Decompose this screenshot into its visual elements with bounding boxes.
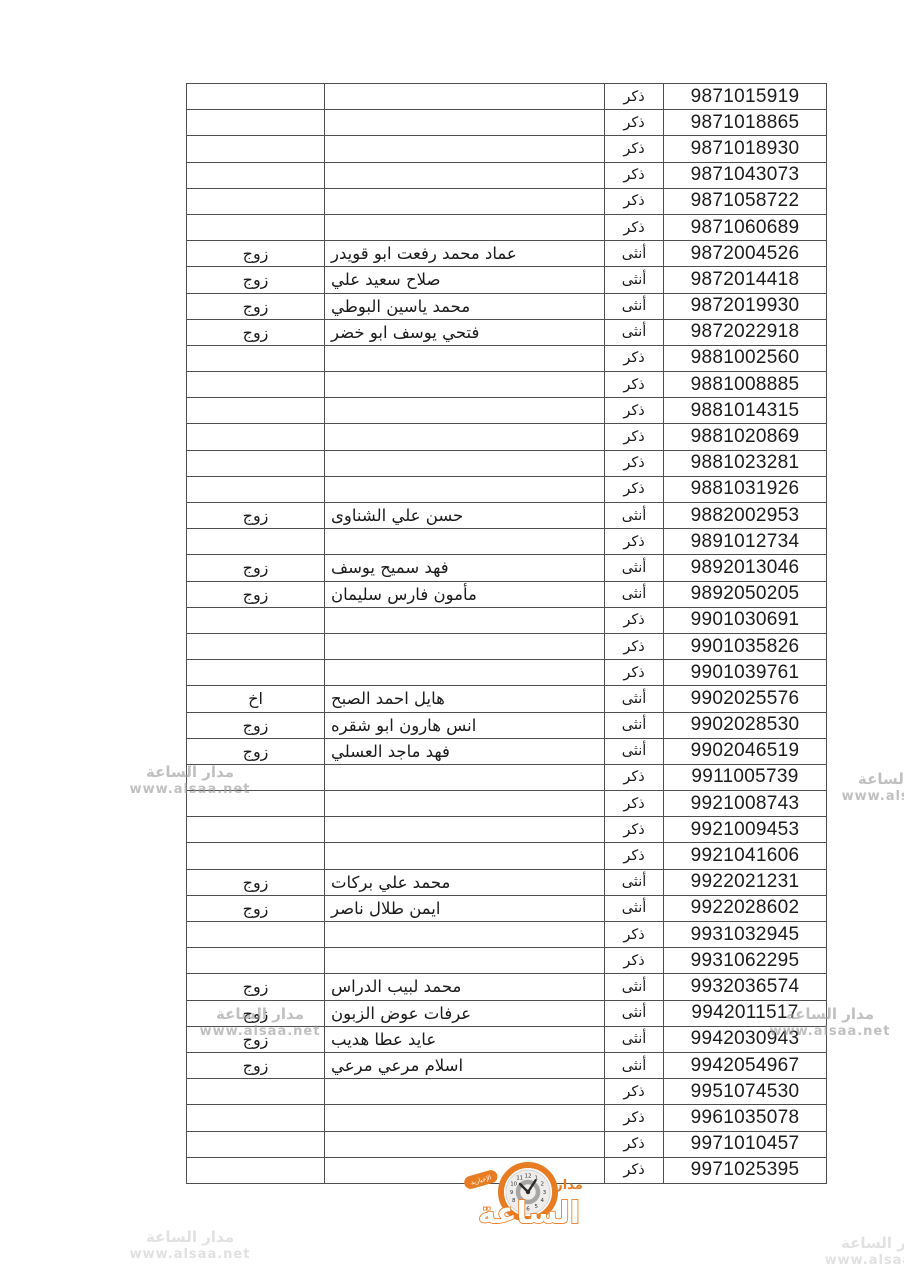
cell-name xyxy=(325,163,604,188)
cell-id-number: 9892013046 xyxy=(664,555,826,580)
scanned-document-page: { "table": { "rows": [ {"relationship":"… xyxy=(0,0,904,1280)
cell-relationship: زوج xyxy=(187,1053,324,1078)
cell-relationship: زوج xyxy=(187,713,324,738)
cell-name xyxy=(325,529,604,554)
svg-text:9: 9 xyxy=(510,1190,514,1196)
cell-gender: أنثى xyxy=(605,1053,663,1078)
cell-gender: أنثى xyxy=(605,1027,663,1052)
cell-id-number: 9911005739 xyxy=(664,765,826,790)
cell-gender: ذكر xyxy=(605,424,663,449)
cell-relationship: زوج xyxy=(187,320,324,345)
cell-name xyxy=(325,948,604,973)
cell-relationship xyxy=(187,791,324,816)
svg-text:2: 2 xyxy=(541,1182,545,1188)
cell-relationship: زوج xyxy=(187,241,324,266)
cell-name: حسن علي الشناوى xyxy=(325,503,604,528)
cell-relationship xyxy=(187,948,324,973)
cell-relationship xyxy=(187,110,324,135)
cell-id-number: 9902046519 xyxy=(664,739,826,764)
cell-id-number: 9901035826 xyxy=(664,634,826,659)
cell-name: فهد ماجد العسلي xyxy=(325,739,604,764)
cell-relationship: زوج xyxy=(187,503,324,528)
cell-name xyxy=(325,634,604,659)
cell-relationship xyxy=(187,398,324,423)
cell-relationship: زوج xyxy=(187,555,324,580)
cell-gender: ذكر xyxy=(605,398,663,423)
cell-id-number: 9881014315 xyxy=(664,398,826,423)
cell-name: محمد ياسين البوطي xyxy=(325,294,604,319)
cell-name xyxy=(325,346,604,371)
svg-text:11: 11 xyxy=(516,1176,523,1182)
logo-badge: الإخبارية xyxy=(463,1169,499,1191)
watermark-url: www.alsaa.net xyxy=(100,1247,280,1263)
cell-gender: أنثى xyxy=(605,896,663,921)
cell-id-number: 9871018930 xyxy=(664,136,826,161)
cell-gender: ذكر xyxy=(605,136,663,161)
cell-gender: أنثى xyxy=(605,739,663,764)
cell-name xyxy=(325,477,604,502)
cell-gender: ذكر xyxy=(605,660,663,685)
cell-name: محمد لبيب الدراس xyxy=(325,974,604,999)
cell-relationship xyxy=(187,84,324,109)
watermark: مدار الساعة www.alsaa.net xyxy=(100,1228,280,1263)
cell-relationship: زوج xyxy=(187,974,324,999)
cell-id-number: 9872004526 xyxy=(664,241,826,266)
cell-id-number: 9891012734 xyxy=(664,529,826,554)
cell-id-number: 9942011517 xyxy=(664,1001,826,1026)
cell-name xyxy=(325,791,604,816)
cell-relationship xyxy=(187,477,324,502)
watermark-brand: مدار الساعة xyxy=(795,1234,904,1253)
cell-id-number: 9942030943 xyxy=(664,1027,826,1052)
cell-gender: أنثى xyxy=(605,870,663,895)
cell-relationship: زوج xyxy=(187,870,324,895)
cell-relationship xyxy=(187,1105,324,1130)
cell-relationship: زوج xyxy=(187,1001,324,1026)
cell-relationship xyxy=(187,1079,324,1104)
cell-gender: ذكر xyxy=(605,1105,663,1130)
cell-id-number: 9871060689 xyxy=(664,215,826,240)
cell-gender: ذكر xyxy=(605,765,663,790)
cell-relationship xyxy=(187,765,324,790)
cell-name xyxy=(325,922,604,947)
cell-id-number: 9881031926 xyxy=(664,477,826,502)
cell-id-number: 9921041606 xyxy=(664,843,826,868)
cell-name: مأمون فارس سليمان xyxy=(325,582,604,607)
cell-name xyxy=(325,451,604,476)
cell-id-number: 9871058722 xyxy=(664,189,826,214)
cell-id-number: 9881020869 xyxy=(664,424,826,449)
cell-name: عرفات عوض الزبون xyxy=(325,1001,604,1026)
cell-relationship: زوج xyxy=(187,1027,324,1052)
cell-gender: ذكر xyxy=(605,817,663,842)
cell-name: ايمن طلال ناصر xyxy=(325,896,604,921)
cell-id-number: 9901030691 xyxy=(664,608,826,633)
cell-name xyxy=(325,1105,604,1130)
cell-relationship xyxy=(187,1158,324,1183)
cell-relationship: زوج xyxy=(187,739,324,764)
cell-gender: ذكر xyxy=(605,451,663,476)
cell-name xyxy=(325,136,604,161)
logo-word-madar: مدار xyxy=(554,1178,583,1193)
cell-gender: أنثى xyxy=(605,713,663,738)
cell-id-number: 9882002953 xyxy=(664,503,826,528)
cell-relationship xyxy=(187,660,324,685)
cell-id-number: 9892050205 xyxy=(664,582,826,607)
cell-id-number: 9871018865 xyxy=(664,110,826,135)
cell-gender: أنثى xyxy=(605,267,663,292)
cell-name: اسلام مرعي مرعي xyxy=(325,1053,604,1078)
svg-text:3: 3 xyxy=(543,1190,547,1196)
cell-relationship xyxy=(187,136,324,161)
cell-id-number: 9872022918 xyxy=(664,320,826,345)
watermark-url: www.alsaa.net xyxy=(795,1253,904,1269)
cell-name: هايل احمد الصبح xyxy=(325,686,604,711)
cell-name xyxy=(325,817,604,842)
cell-name: عماد محمد رفعت ابو قويدر xyxy=(325,241,604,266)
cell-gender: أنثى xyxy=(605,503,663,528)
cell-name xyxy=(325,398,604,423)
cell-gender: ذكر xyxy=(605,791,663,816)
cell-name xyxy=(325,372,604,397)
cell-gender: أنثى xyxy=(605,555,663,580)
cell-id-number: 9871043073 xyxy=(664,163,826,188)
cell-name xyxy=(325,215,604,240)
cell-relationship xyxy=(187,346,324,371)
cell-name xyxy=(325,765,604,790)
cell-gender: ذكر xyxy=(605,948,663,973)
cell-id-number: 9921009453 xyxy=(664,817,826,842)
cell-relationship: اخ xyxy=(187,686,324,711)
cell-relationship xyxy=(187,608,324,633)
cell-id-number: 9922021231 xyxy=(664,870,826,895)
cell-relationship xyxy=(187,451,324,476)
cell-name: صلاح سعيد علي xyxy=(325,267,604,292)
cell-relationship xyxy=(187,163,324,188)
cell-relationship xyxy=(187,817,324,842)
cell-relationship xyxy=(187,424,324,449)
cell-relationship: زوج xyxy=(187,294,324,319)
cell-relationship xyxy=(187,843,324,868)
cell-id-number: 9902028530 xyxy=(664,713,826,738)
cell-name xyxy=(325,660,604,685)
cell-id-number: 9872014418 xyxy=(664,267,826,292)
cell-id-number: 9971010457 xyxy=(664,1132,826,1157)
cell-gender: أنثى xyxy=(605,974,663,999)
cell-name xyxy=(325,424,604,449)
watermark-brand: مدار الساعة xyxy=(100,1228,280,1247)
cell-id-number: 9881008885 xyxy=(664,372,826,397)
cell-id-number: 9881023281 xyxy=(664,451,826,476)
cell-id-number: 9951074530 xyxy=(664,1079,826,1104)
cell-gender: ذكر xyxy=(605,529,663,554)
svg-text:10: 10 xyxy=(510,1182,517,1188)
cell-gender: ذكر xyxy=(605,189,663,214)
cell-gender: ذكر xyxy=(605,1079,663,1104)
cell-gender: أنثى xyxy=(605,1001,663,1026)
cell-id-number: 9901039761 xyxy=(664,660,826,685)
cell-id-number: 9922028602 xyxy=(664,896,826,921)
cell-name: انس هارون ابو شقره xyxy=(325,713,604,738)
cell-name xyxy=(325,843,604,868)
cell-gender: ذكر xyxy=(605,346,663,371)
cell-name xyxy=(325,608,604,633)
records-table: ذكر 9871015919 ذكر 9871018865 ذكر 987101… xyxy=(186,83,827,1184)
cell-name: فتحي يوسف ابو خضر xyxy=(325,320,604,345)
cell-gender: ذكر xyxy=(605,843,663,868)
cell-id-number: 9872019930 xyxy=(664,294,826,319)
cell-relationship: زوج xyxy=(187,582,324,607)
cell-gender: ذكر xyxy=(605,477,663,502)
cell-relationship xyxy=(187,215,324,240)
cell-name xyxy=(325,110,604,135)
cell-gender: ذكر xyxy=(605,110,663,135)
logo-word-alsaa: الساعة xyxy=(478,1196,580,1231)
cell-relationship: زوج xyxy=(187,267,324,292)
cell-gender: ذكر xyxy=(605,922,663,947)
site-logo: 12 1 2 3 4 5 6 7 8 9 10 11 مدار الإخباري… xyxy=(446,1150,626,1242)
cell-relationship xyxy=(187,922,324,947)
cell-id-number: 9931032945 xyxy=(664,922,826,947)
cell-gender: ذكر xyxy=(605,84,663,109)
cell-id-number: 9932036574 xyxy=(664,974,826,999)
cell-gender: ذكر xyxy=(605,608,663,633)
cell-gender: ذكر xyxy=(605,163,663,188)
cell-name: محمد علي بركات xyxy=(325,870,604,895)
cell-relationship xyxy=(187,1132,324,1157)
watermark: مدار الساعة www.alsaa.net xyxy=(795,1234,904,1269)
cell-name xyxy=(325,1079,604,1104)
cell-gender: أنثى xyxy=(605,241,663,266)
cell-id-number: 9942054967 xyxy=(664,1053,826,1078)
cell-gender: ذكر xyxy=(605,215,663,240)
cell-gender: أنثى xyxy=(605,582,663,607)
cell-id-number: 9961035078 xyxy=(664,1105,826,1130)
cell-id-number: 9871015919 xyxy=(664,84,826,109)
cell-relationship xyxy=(187,372,324,397)
cell-name xyxy=(325,84,604,109)
cell-relationship xyxy=(187,189,324,214)
cell-gender: أنثى xyxy=(605,294,663,319)
cell-name: فهد سميح يوسف xyxy=(325,555,604,580)
cell-gender: أنثى xyxy=(605,320,663,345)
cell-id-number: 9921008743 xyxy=(664,791,826,816)
cell-relationship xyxy=(187,634,324,659)
cell-id-number: 9881002560 xyxy=(664,346,826,371)
cell-id-number: 9902025576 xyxy=(664,686,826,711)
cell-relationship xyxy=(187,529,324,554)
svg-text:12: 12 xyxy=(525,1173,532,1179)
cell-gender: ذكر xyxy=(605,634,663,659)
cell-id-number: 9931062295 xyxy=(664,948,826,973)
cell-relationship: زوج xyxy=(187,896,324,921)
cell-gender: ذكر xyxy=(605,372,663,397)
cell-name: عايد عطا هديب xyxy=(325,1027,604,1052)
cell-name xyxy=(325,189,604,214)
cell-id-number: 9971025395 xyxy=(664,1158,826,1183)
cell-gender: أنثى xyxy=(605,686,663,711)
